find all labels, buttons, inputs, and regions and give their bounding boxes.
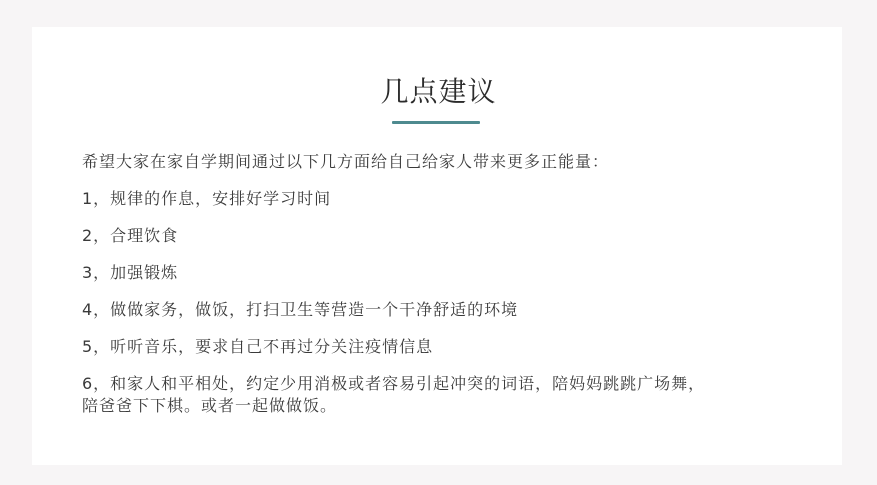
suggestions-content: 希望大家在家自学期间通过以下几方面给自己给家人带来更多正能量： 1，规律的作息，… xyxy=(82,151,842,432)
list-item: 6，和家人和平相处，约定少用消极或者容易引起冲突的词语，陪妈妈跳跳广场舞， xyxy=(82,373,842,395)
list-item: 3，加强锻炼 xyxy=(82,262,842,284)
list-item: 5，听听音乐，要求自己不再过分关注疫情信息 xyxy=(82,336,842,358)
page-title: 几点建议 xyxy=(0,72,877,112)
intro-text: 希望大家在家自学期间通过以下几方面给自己给家人带来更多正能量： xyxy=(82,151,842,173)
title-underline xyxy=(392,121,480,124)
list-item: 1，规律的作息，安排好学习时间 xyxy=(82,188,842,210)
list-item: 4，做做家务，做饭，打扫卫生等营造一个干净舒适的环境 xyxy=(82,299,842,321)
list-item-continuation: 陪爸爸下下棋。或者一起做做饭。 xyxy=(82,395,842,417)
list-item: 2，合理饮食 xyxy=(82,225,842,247)
